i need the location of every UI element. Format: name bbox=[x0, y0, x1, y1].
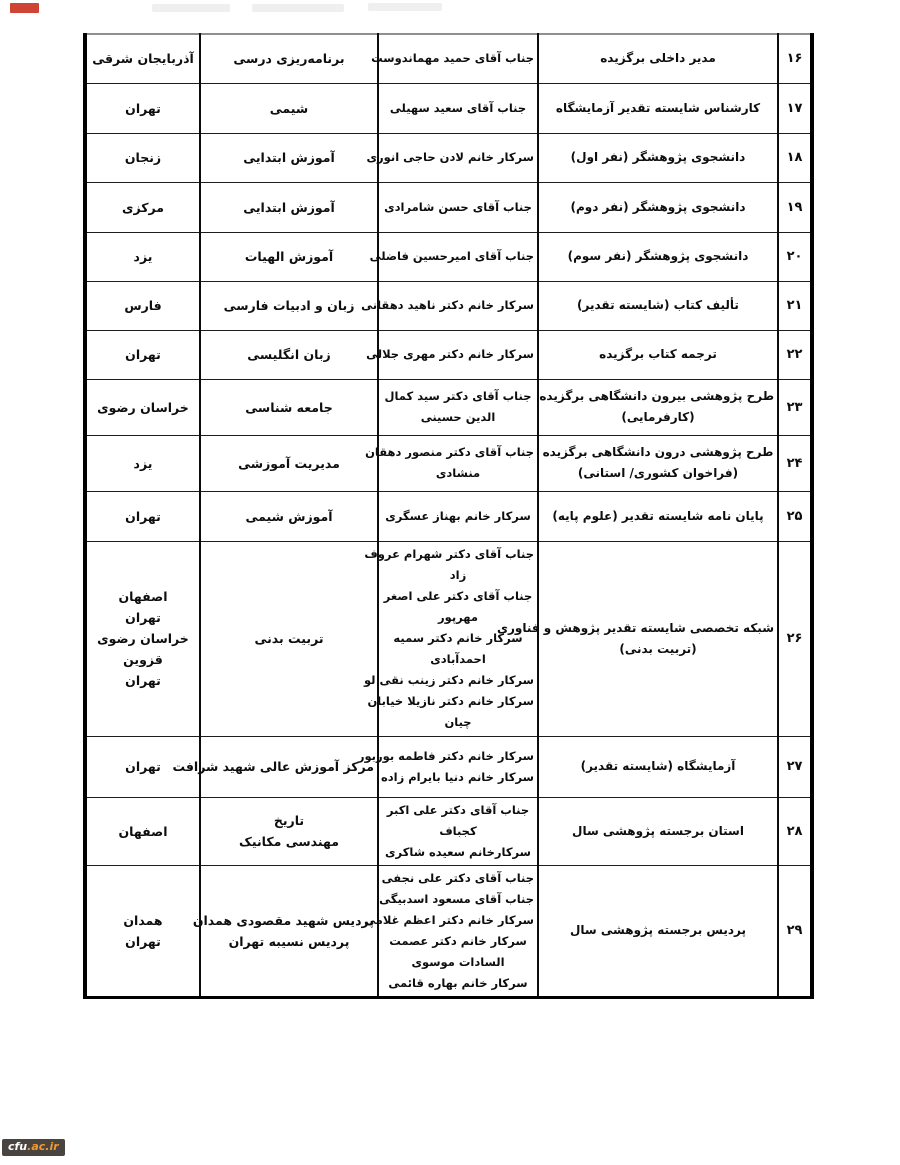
cell-name: جناب آقای دکتر علی اکبرکجبافسرکارخانم سع… bbox=[378, 797, 538, 865]
cell-line: ۲۹ bbox=[782, 920, 807, 941]
cell-line: جناب آقای سعید سهیلی bbox=[382, 98, 534, 119]
cell-field: پردیس شهید مقصودی همدانپردیس نسیبه تهران bbox=[200, 865, 378, 997]
cell-field: زبان انگلیسی bbox=[200, 330, 378, 379]
cell-line: پردیس برجسته پژوهشی سال bbox=[542, 920, 774, 941]
cell-line: تهران bbox=[90, 670, 196, 691]
cell-line: تهران bbox=[90, 506, 196, 527]
cell-province: تهران bbox=[85, 83, 200, 133]
cell-award: دانشجوی پژوهشگر (نفر سوم) bbox=[538, 232, 778, 281]
cell-award: پردیس برجسته پژوهشی سال bbox=[538, 865, 778, 997]
cell-line: سرکار خانم دکتر فاطمه بوربور bbox=[382, 746, 534, 767]
cell-name: سرکار خانم بهناز عسگری bbox=[378, 491, 538, 541]
cell-line: مدیریت آموزشی bbox=[204, 453, 374, 474]
cell-line: تهران bbox=[90, 344, 196, 365]
cell-number: ۲۳ bbox=[778, 379, 812, 435]
cell-line: ۱۷ bbox=[782, 98, 807, 119]
cell-award: کارشناس شایسته تقدیر آزمایشگاه bbox=[538, 83, 778, 133]
cell-province: خراسان رضوی bbox=[85, 379, 200, 435]
cell-line: زبان و ادبیات فارسی bbox=[204, 295, 374, 316]
table-row: ۱۸دانشجوی پژوهشگر (نفر اول)سرکار خانم لا… bbox=[85, 133, 812, 182]
cell-line: جناب آقای مسعود اسدبیگی bbox=[382, 889, 534, 910]
cell-province: تهران bbox=[85, 330, 200, 379]
cell-line: فارس bbox=[90, 295, 196, 316]
table-row: ۲۵پایان نامه شایسته تقدیر (علوم پایه)سرک… bbox=[85, 491, 812, 541]
table-row: ۱۶مدیر داخلی برگزیدهجناب آقای حمید مهمان… bbox=[85, 34, 812, 83]
cell-line: (کارفرمایی) bbox=[542, 407, 774, 428]
cell-name: جناب آقای حسن شامرادی bbox=[378, 182, 538, 232]
table-row: ۱۷کارشناس شایسته تقدیر آزمایشگاهجناب آقا… bbox=[85, 83, 812, 133]
cell-province: یزد bbox=[85, 232, 200, 281]
table-row: ۲۳طرح پژوهشی بیرون دانشگاهی برگزیده(کارف… bbox=[85, 379, 812, 435]
cell-line: سرکار خانم دکتر نازیلا خیابان bbox=[382, 691, 534, 712]
cell-line: جناب آقای دکتر منصور دهقان bbox=[382, 442, 534, 463]
cell-field: آموزش الهیات bbox=[200, 232, 378, 281]
cell-province: تهران bbox=[85, 491, 200, 541]
cell-province: فارس bbox=[85, 281, 200, 330]
table-row: ۱۹دانشجوی پژوهشگر (نفر دوم)جناب آقای حسن… bbox=[85, 182, 812, 232]
cell-line: خراسان رضوی bbox=[90, 397, 196, 418]
cell-line: سرکار خانم لادن حاجی انوری bbox=[382, 147, 534, 168]
cell-field: مدیریت آموزشی bbox=[200, 435, 378, 491]
cell-name: جناب آقای دکتر منصور دهقانمنشادی bbox=[378, 435, 538, 491]
table-row: ۲۱تألیف کتاب (شایسته تقدیر)سرکار خانم دک… bbox=[85, 281, 812, 330]
cell-line: طرح پژوهشی درون دانشگاهی برگزیده bbox=[542, 442, 774, 463]
top-left-red-artifact bbox=[10, 3, 39, 13]
cell-line: چیان bbox=[382, 712, 534, 733]
cell-name: جناب آقای دکتر شهرام عروفزادجناب آقای دک… bbox=[378, 541, 538, 736]
cell-line: سرکار خانم دکتر ناهید دهقانی bbox=[382, 295, 534, 316]
cell-name: جناب آقای دکتر سید کمالالدین حسینی bbox=[378, 379, 538, 435]
cell-field: آموزش شیمی bbox=[200, 491, 378, 541]
cell-line: طرح پژوهشی بیرون دانشگاهی برگزیده bbox=[542, 386, 774, 407]
cell-line: مرکز آموزش عالی شهید شرافت bbox=[204, 756, 374, 777]
cropped-header-remnant bbox=[252, 4, 344, 12]
cell-award: مدیر داخلی برگزیده bbox=[538, 34, 778, 83]
cell-name: سرکار خانم دکتر فاطمه بوربورسرکار خانم د… bbox=[378, 736, 538, 797]
cell-line: ترجمه کتاب برگزیده bbox=[542, 344, 774, 365]
awards-table: ۱۶مدیر داخلی برگزیدهجناب آقای حمید مهمان… bbox=[83, 33, 814, 999]
cell-line: ۲۸ bbox=[782, 821, 807, 842]
cell-line: جناب آقای دکتر شهرام عروف bbox=[382, 544, 534, 565]
cell-line: دانشجوی پژوهشگر (نفر دوم) bbox=[542, 197, 774, 218]
cell-line: سرکار خانم دنیا بایرام زاده bbox=[382, 767, 534, 788]
cell-name: سرکار خانم لادن حاجی انوری bbox=[378, 133, 538, 182]
cell-province: همدانتهران bbox=[85, 865, 200, 997]
cell-line: مرکزی bbox=[90, 197, 196, 218]
cell-field: برنامه‌ریزی درسی bbox=[200, 34, 378, 83]
cell-line: پردیس نسیبه تهران bbox=[204, 931, 374, 952]
cell-line: زبان انگلیسی bbox=[204, 344, 374, 365]
cell-field: تاریخمهندسی مکانیک bbox=[200, 797, 378, 865]
cell-number: ۱۹ bbox=[778, 182, 812, 232]
table-row: ۲۷آزمایشگاه (شایسته تقدیر)سرکار خانم دکت… bbox=[85, 736, 812, 797]
cell-line: ۱۶ bbox=[782, 48, 807, 69]
cell-line: یزد bbox=[90, 453, 196, 474]
cell-line: ۲۰ bbox=[782, 246, 807, 267]
cell-name: جناب آقای امیرحسین فاضلی bbox=[378, 232, 538, 281]
cell-field: زبان و ادبیات فارسی bbox=[200, 281, 378, 330]
cell-line: مدیر داخلی برگزیده bbox=[542, 48, 774, 69]
cell-field: آموزش ابتدایی bbox=[200, 182, 378, 232]
cell-number: ۲۴ bbox=[778, 435, 812, 491]
cell-field: آموزش ابتدایی bbox=[200, 133, 378, 182]
watermark-site-text: cfu bbox=[8, 1140, 27, 1153]
cell-line: زاد bbox=[382, 565, 534, 586]
cell-line: ۲۴ bbox=[782, 453, 807, 474]
table-row: ۲۰دانشجوی پژوهشگر (نفر سوم)جناب آقای امی… bbox=[85, 232, 812, 281]
cell-line: تهران bbox=[90, 607, 196, 628]
cell-line: شیمی bbox=[204, 98, 374, 119]
cell-line: ۲۱ bbox=[782, 295, 807, 316]
cell-line: سرکار خانم دکتر اعظم غلامی bbox=[382, 910, 534, 931]
cell-line: سرکار خانم دکتر مهری جلالی bbox=[382, 344, 534, 365]
cell-award: استان برجسته پژوهشی سال bbox=[538, 797, 778, 865]
cell-number: ۲۸ bbox=[778, 797, 812, 865]
cell-field: شیمی bbox=[200, 83, 378, 133]
cell-line: جناب آقای دکتر علی نجفی bbox=[382, 868, 534, 889]
cell-line: احمدآبادی bbox=[382, 649, 534, 670]
cell-line: اصفهان bbox=[90, 821, 196, 842]
cell-province: آذربایجان شرقی bbox=[85, 34, 200, 83]
cell-line: تهران bbox=[90, 931, 196, 952]
cell-province: زنجان bbox=[85, 133, 200, 182]
cell-line: السادات موسوی bbox=[382, 952, 534, 973]
cell-line: تألیف کتاب (شایسته تقدیر) bbox=[542, 295, 774, 316]
cell-line: جناب آقای حمید مهماندوست bbox=[382, 48, 534, 69]
cell-line: سرکارخانم سعیده شاکری bbox=[382, 842, 534, 863]
cell-line: کارشناس شایسته تقدیر آزمایشگاه bbox=[542, 98, 774, 119]
cell-line: ۲۵ bbox=[782, 506, 807, 527]
cell-line: الدین حسینی bbox=[382, 407, 534, 428]
cell-name: جناب آقای دکتر علی نجفیجناب آقای مسعود ا… bbox=[378, 865, 538, 997]
cell-province: اصفهان bbox=[85, 797, 200, 865]
cell-line: تهران bbox=[90, 98, 196, 119]
cell-line: زنجان bbox=[90, 147, 196, 168]
cell-line: جناب آقای حسن شامرادی bbox=[382, 197, 534, 218]
cell-line: قزوین bbox=[90, 649, 196, 670]
cell-number: ۲۰ bbox=[778, 232, 812, 281]
awards-table-wrapper: ۱۶مدیر داخلی برگزیدهجناب آقای حمید مهمان… bbox=[83, 33, 814, 999]
cell-line: شبکه تخصصی شایسته تقدیر پژوهش و فناوری bbox=[542, 618, 774, 639]
cell-line: استان برجسته پژوهشی سال bbox=[542, 821, 774, 842]
cell-line: پایان نامه شایسته تقدیر (علوم پایه) bbox=[542, 506, 774, 527]
cell-line: یزد bbox=[90, 246, 196, 267]
awards-table-body: ۱۶مدیر داخلی برگزیدهجناب آقای حمید مهمان… bbox=[85, 34, 812, 997]
cell-name: سرکار خانم دکتر مهری جلالی bbox=[378, 330, 538, 379]
cell-line: دانشجوی پژوهشگر (نفر اول) bbox=[542, 147, 774, 168]
cell-line: پردیس شهید مقصودی همدان bbox=[204, 910, 374, 931]
cell-number: ۱۶ bbox=[778, 34, 812, 83]
cell-line: ۲۶ bbox=[782, 628, 807, 649]
cell-line: اصفهان bbox=[90, 586, 196, 607]
cell-line: تربیت بدنی bbox=[204, 628, 374, 649]
cell-line: سرکار خانم دکتر زینب نقی لو bbox=[382, 670, 534, 691]
cell-line: سرکار خانم دکتر سمیه bbox=[382, 628, 534, 649]
cell-line: آموزش ابتدایی bbox=[204, 197, 374, 218]
cell-line: کجباف bbox=[382, 821, 534, 842]
cell-line: (فراخوان کشوری/ استانی) bbox=[542, 463, 774, 484]
cell-line: جناب آقای دکتر علی اکبر bbox=[382, 800, 534, 821]
cell-line: دانشجوی پژوهشگر (نفر سوم) bbox=[542, 246, 774, 267]
cell-line: جناب آقای امیرحسین فاضلی bbox=[382, 246, 534, 267]
cell-line: ۱۹ bbox=[782, 197, 807, 218]
cell-award: شبکه تخصصی شایسته تقدیر پژوهش و فناوری(ت… bbox=[538, 541, 778, 736]
cell-number: ۲۷ bbox=[778, 736, 812, 797]
cell-award: دانشجوی پژوهشگر (نفر دوم) bbox=[538, 182, 778, 232]
cell-line: سرکار خانم بهاره قائمی bbox=[382, 973, 534, 994]
cropped-header-remnant bbox=[152, 4, 230, 12]
cell-province: یزد bbox=[85, 435, 200, 491]
cell-number: ۲۱ bbox=[778, 281, 812, 330]
cell-line: خراسان رضوی bbox=[90, 628, 196, 649]
cell-number: ۱۸ bbox=[778, 133, 812, 182]
cell-field: تربیت بدنی bbox=[200, 541, 378, 736]
cell-award: طرح پژوهشی درون دانشگاهی برگزیده(فراخوان… bbox=[538, 435, 778, 491]
table-row: ۲۸استان برجسته پژوهشی سالجناب آقای دکتر … bbox=[85, 797, 812, 865]
cell-award: دانشجوی پژوهشگر (نفر اول) bbox=[538, 133, 778, 182]
cell-number: ۲۲ bbox=[778, 330, 812, 379]
cell-award: ترجمه کتاب برگزیده bbox=[538, 330, 778, 379]
cell-award: طرح پژوهشی بیرون دانشگاهی برگزیده(کارفرم… bbox=[538, 379, 778, 435]
cell-line: آموزش ابتدایی bbox=[204, 147, 374, 168]
table-row: ۲۴طرح پژوهشی درون دانشگاهی برگزیده(فراخو… bbox=[85, 435, 812, 491]
cell-line: تاریخ bbox=[204, 810, 374, 831]
cell-line: جامعه شناسی bbox=[204, 397, 374, 418]
cell-number: ۲۹ bbox=[778, 865, 812, 997]
cell-number: ۲۶ bbox=[778, 541, 812, 736]
table-row: ۲۲ترجمه کتاب برگزیدهسرکار خانم دکتر مهری… bbox=[85, 330, 812, 379]
cell-award: آزمایشگاه (شایسته تقدیر) bbox=[538, 736, 778, 797]
cell-line: سرکار خانم دکتر عصمت bbox=[382, 931, 534, 952]
cell-province: اصفهانتهرانخراسان رضویقزوینتهران bbox=[85, 541, 200, 736]
watermark-domain-text: .ac.ir bbox=[27, 1140, 59, 1153]
cell-line: (تربیت بدنی) bbox=[542, 639, 774, 660]
cell-line: آموزش الهیات bbox=[204, 246, 374, 267]
cell-line: آذربایجان شرقی bbox=[90, 48, 196, 69]
cell-line: ۲۳ bbox=[782, 397, 807, 418]
table-row: ۲۶شبکه تخصصی شایسته تقدیر پژوهش و فناوری… bbox=[85, 541, 812, 736]
site-watermark: cfu.ac.ir bbox=[2, 1139, 65, 1156]
table-row: ۲۹پردیس برجسته پژوهشی سالجناب آقای دکتر … bbox=[85, 865, 812, 997]
cell-line: آموزش شیمی bbox=[204, 506, 374, 527]
cell-number: ۲۵ bbox=[778, 491, 812, 541]
cell-line: ۱۸ bbox=[782, 147, 807, 168]
cell-line: مهندسی مکانیک bbox=[204, 831, 374, 852]
cell-line: سرکار خانم بهناز عسگری bbox=[382, 506, 534, 527]
cell-line: ۲۷ bbox=[782, 756, 807, 777]
cell-award: تألیف کتاب (شایسته تقدیر) bbox=[538, 281, 778, 330]
cropped-header-remnant bbox=[368, 3, 442, 11]
cell-number: ۱۷ bbox=[778, 83, 812, 133]
cell-line: آزمایشگاه (شایسته تقدیر) bbox=[542, 756, 774, 777]
cell-name: جناب آقای سعید سهیلی bbox=[378, 83, 538, 133]
cell-award: پایان نامه شایسته تقدیر (علوم پایه) bbox=[538, 491, 778, 541]
cell-line: جناب آقای دکتر علی اصغر bbox=[382, 586, 534, 607]
cell-province: مرکزی bbox=[85, 182, 200, 232]
cell-field: مرکز آموزش عالی شهید شرافت bbox=[200, 736, 378, 797]
cell-line: جناب آقای دکتر سید کمال bbox=[382, 386, 534, 407]
cell-line: برنامه‌ریزی درسی bbox=[204, 48, 374, 69]
cell-field: جامعه شناسی bbox=[200, 379, 378, 435]
cell-line: ۲۲ bbox=[782, 344, 807, 365]
cell-line: همدان bbox=[90, 910, 196, 931]
cell-name: جناب آقای حمید مهماندوست bbox=[378, 34, 538, 83]
cell-line: منشادی bbox=[382, 463, 534, 484]
cell-name: سرکار خانم دکتر ناهید دهقانی bbox=[378, 281, 538, 330]
